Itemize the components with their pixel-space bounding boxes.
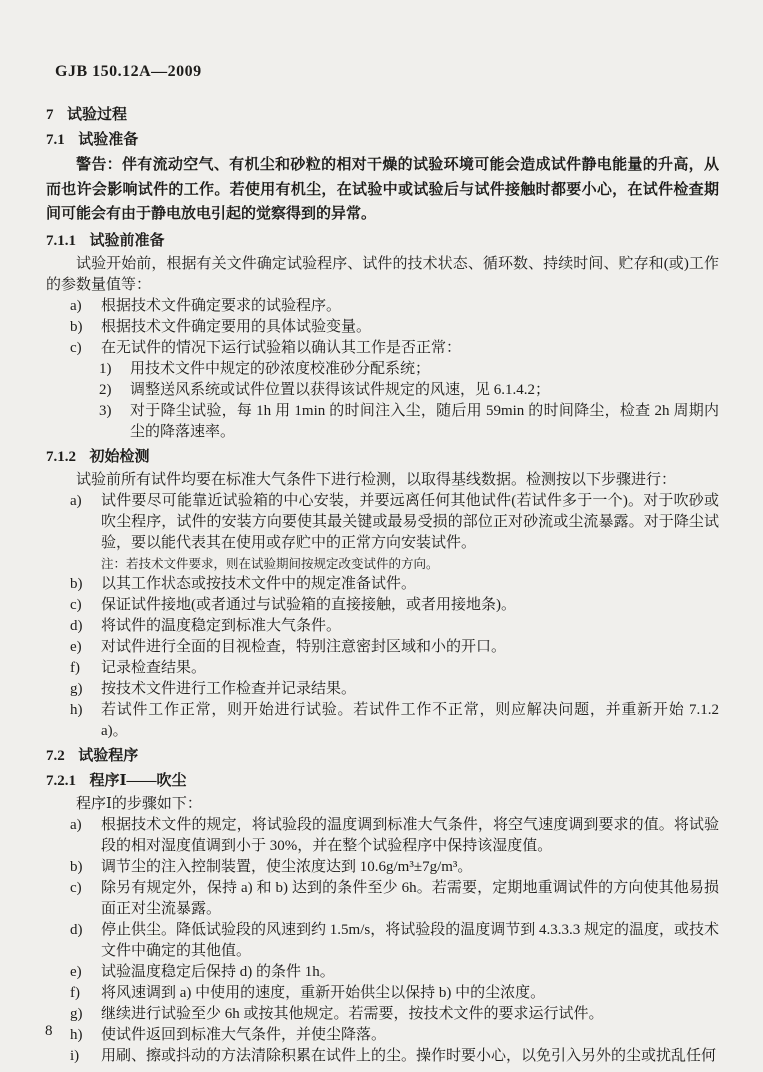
paragraph-7-1-1-intro: 试验开始前，根据有关文件确定试验程序、试件的技术状态、循环数、持续时间、贮存和(…: [46, 254, 719, 296]
paragraph-7-2-1-intro: 程序Ⅰ的步骤如下：: [46, 794, 719, 815]
item-text: 停止供尘。降低试验段的风速到约 1.5m/s，将试验段的温度调节到 4.3.3.…: [101, 920, 719, 962]
page-number: 8: [45, 1021, 53, 1042]
item-marker: f): [70, 983, 101, 1004]
item-marker: b): [70, 574, 101, 595]
section-number: 7: [46, 107, 54, 123]
sublist-item-3: 3) 对于降尘试验，每 1h 用 1min 的时间注入尘，随后用 59min 的…: [99, 401, 719, 443]
item-marker: e): [70, 637, 101, 658]
item-text: 试件要尽可能靠近试验箱的中心安装，并要远离任何其他试件(若试件多于一个)。对于吹…: [101, 491, 719, 554]
item-text: 除另有规定外，保持 a) 和 b) 达到的条件至少 6h。若需要，定期地重调试件…: [101, 878, 719, 920]
item-marker: g): [70, 679, 101, 700]
list-item-f: f) 记录检查结果。: [70, 658, 719, 679]
list-item-b: b) 以其工作状态或按技术文件中的规定准备试件。: [70, 574, 719, 595]
item-marker: b): [70, 857, 101, 878]
item-text: 用技术文件中规定的砂浓度校准砂分配系统；: [130, 359, 719, 380]
item-text: 使试件返回到标准大气条件，并使尘降落。: [101, 1025, 719, 1046]
doc-number: GJB 150.12A—2009: [55, 61, 202, 82]
section-number: 7.1.2: [46, 449, 76, 465]
item-marker: c): [70, 338, 101, 359]
list-item-e: e) 对试件进行全面的目视检查，特别注意密封区域和小的开口。: [70, 637, 719, 658]
section-heading-7-1-2: 7.1.2初始检测: [46, 447, 719, 468]
item-marker: a): [70, 815, 101, 857]
section-title: 试验程序: [78, 748, 138, 764]
list-item-a: a) 根据技术文件确定要求的试验程序。: [70, 296, 719, 317]
item-text: 调节尘的注入控制装置，使尘浓度达到 10.6g/m³±7g/m³。: [101, 857, 719, 878]
section-heading-7: 7试验过程: [46, 105, 719, 126]
note-text: 注：若技术文件要求，则在试验期间按规定改变试件的方向。: [101, 554, 719, 574]
paragraph-7-1-2-intro: 试验前所有试件均要在标准大气条件下进行检测，以取得基线数据。检测按以下步骤进行：: [46, 470, 719, 491]
item-text: 调整送风系统或试件位置以获得该试件规定的风速，见 6.1.4.2；: [130, 380, 719, 401]
list-item-a: a) 试件要尽可能靠近试验箱的中心安装，并要远离任何其他试件(若试件多于一个)。…: [70, 491, 719, 554]
item-marker: f): [70, 658, 101, 679]
item-text: 若试件工作正常，则开始进行试验。若试件工作不正常，则应解决问题，并重新开始 7.…: [101, 700, 719, 742]
list-item-h: h) 使试件返回到标准大气条件，并使尘降落。: [70, 1025, 719, 1046]
sublist-item-2: 2) 调整送风系统或试件位置以获得该试件规定的风速，见 6.1.4.2；: [99, 380, 719, 401]
list-item-i: i) 用刷、擦或抖动的方法清除积累在试件上的尘。操作时要小心，以免引入另外的尘或…: [70, 1046, 719, 1067]
item-marker: a): [70, 491, 101, 554]
item-marker: 1): [99, 359, 130, 380]
list-item-g: g) 按技术文件进行工作检查并记录结果。: [70, 679, 719, 700]
item-marker: d): [70, 920, 101, 962]
list-item-c: c) 保证试件接地(或者通过与试验箱的直接接触，或者用接地条)。: [70, 595, 719, 616]
list-item-d: d) 停止供尘。降低试验段的风速到约 1.5m/s，将试验段的温度调节到 4.3…: [70, 920, 719, 962]
item-marker: d): [70, 616, 101, 637]
item-marker: i): [70, 1046, 101, 1067]
item-text: 以其工作状态或按技术文件中的规定准备试件。: [101, 574, 719, 595]
item-text: 继续进行试验至少 6h 或按其他规定。若需要，按技术文件的要求运行试件。: [101, 1004, 719, 1025]
section-title: 试验过程: [67, 107, 127, 123]
item-marker: h): [70, 1025, 101, 1046]
section-heading-7-2-1: 7.2.1程序Ⅰ——吹尘: [46, 771, 719, 792]
list-item-f: f) 将风速调到 a) 中使用的速度，重新开始供尘以保持 b) 中的尘浓度。: [70, 983, 719, 1004]
item-text: 将风速调到 a) 中使用的速度，重新开始供尘以保持 b) 中的尘浓度。: [101, 983, 719, 1004]
section-number: 7.1.1: [46, 233, 76, 249]
list-item-c: c) 除另有规定外，保持 a) 和 b) 达到的条件至少 6h。若需要，定期地重…: [70, 878, 719, 920]
item-marker: e): [70, 962, 101, 983]
section-title: 程序Ⅰ——吹尘: [90, 773, 187, 789]
sublist-item-1: 1) 用技术文件中规定的砂浓度校准砂分配系统；: [99, 359, 719, 380]
section-title: 初始检测: [90, 449, 150, 465]
item-marker: a): [70, 296, 101, 317]
item-text: 对试件进行全面的目视检查，特别注意密封区域和小的开口。: [101, 637, 719, 658]
item-text: 记录检查结果。: [101, 658, 719, 679]
section-heading-7-1-1: 7.1.1试验前准备: [46, 231, 719, 252]
item-text: 根据技术文件的规定，将试验段的温度调到标准大气条件，将空气速度调到要求的值。将试…: [101, 815, 719, 857]
list-item-b: b) 调节尘的注入控制装置，使尘浓度达到 10.6g/m³±7g/m³。: [70, 857, 719, 878]
item-marker: 3): [99, 401, 130, 443]
item-text: 在无试件的情况下运行试验箱以确认其工作是否正常：: [101, 338, 719, 359]
item-text: 将试件的温度稳定到标准大气条件。: [101, 616, 719, 637]
item-text: 试验温度稳定后保持 d) 的条件 1h。: [101, 962, 719, 983]
section-title: 试验准备: [78, 132, 138, 148]
section-number: 7.2.1: [46, 773, 76, 789]
list-item-b: b) 根据技术文件确定要用的具体试验变量。: [70, 317, 719, 338]
item-marker: 2): [99, 380, 130, 401]
item-marker: h): [70, 700, 101, 742]
list-item-c: c) 在无试件的情况下运行试验箱以确认其工作是否正常：: [70, 338, 719, 359]
section-number: 7.2: [46, 748, 65, 764]
item-marker: g): [70, 1004, 101, 1025]
list-item-e: e) 试验温度稳定后保持 d) 的条件 1h。: [70, 962, 719, 983]
warning-paragraph: 警告：伴有流动空气、有机尘和砂粒的相对干燥的试验环境可能会造成试件静电能量的升高…: [46, 153, 719, 227]
item-text: 根据技术文件确定要求的试验程序。: [101, 296, 719, 317]
section-number: 7.1: [46, 132, 65, 148]
item-text: 保证试件接地(或者通过与试验箱的直接接触，或者用接地条)。: [101, 595, 719, 616]
list-item-g: g) 继续进行试验至少 6h 或按其他规定。若需要，按技术文件的要求运行试件。: [70, 1004, 719, 1025]
section-title: 试验前准备: [90, 233, 165, 249]
item-text: 按技术文件进行工作检查并记录结果。: [101, 679, 719, 700]
item-marker: c): [70, 878, 101, 920]
list-item-d: d) 将试件的温度稳定到标准大气条件。: [70, 616, 719, 637]
list-item-a: a) 根据技术文件的规定，将试验段的温度调到标准大气条件，将空气速度调到要求的值…: [70, 815, 719, 857]
list-item-h: h) 若试件工作正常，则开始进行试验。若试件工作不正常，则应解决问题，并重新开始…: [70, 700, 719, 742]
section-heading-7-2: 7.2试验程序: [46, 746, 719, 767]
document-body: 7试验过程 7.1试验准备 警告：伴有流动空气、有机尘和砂粒的相对干燥的试验环境…: [46, 101, 719, 1067]
item-text: 根据技术文件确定要用的具体试验变量。: [101, 317, 719, 338]
item-text: 用刷、擦或抖动的方法清除积累在试件上的尘。操作时要小心，以免引入另外的尘或扰乱任…: [101, 1046, 719, 1067]
item-marker: b): [70, 317, 101, 338]
section-heading-7-1: 7.1试验准备: [46, 130, 719, 151]
item-marker: c): [70, 595, 101, 616]
item-text: 对于降尘试验，每 1h 用 1min 的时间注入尘，随后用 59min 的时间降…: [130, 401, 719, 443]
